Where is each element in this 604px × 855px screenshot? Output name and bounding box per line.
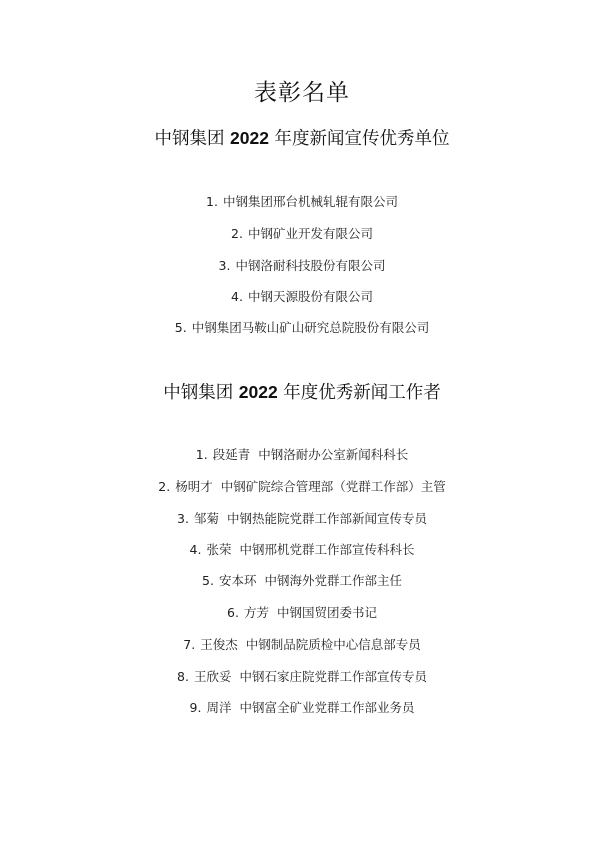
- person-position: 中钢富全矿业党群工作部业务员: [239, 700, 414, 715]
- heading-prefix: 中钢集团: [154, 129, 224, 149]
- person-position: 中钢洛耐办公室新闻科科长: [258, 447, 408, 462]
- heading-suffix: 年度优秀新闻工作者: [283, 383, 441, 403]
- list-item: 4.中钢天源股份有限公司: [0, 287, 604, 305]
- person-name: 王欣妥: [194, 669, 232, 684]
- person-position: 中钢邢机党群工作部宣传科科长: [239, 542, 414, 557]
- person-position: 中钢矿院综合管理部（党群工作部）主管: [221, 479, 446, 494]
- list-item: 2.中钢矿业开发有限公司: [0, 224, 604, 242]
- person-name: 段延青: [213, 447, 251, 462]
- list-item: 5.中钢集团马鞍山矿山研究总院股份有限公司: [0, 318, 604, 336]
- list-item: 5.安本环中钢海外党群工作部主任: [0, 571, 604, 589]
- person-position: 中钢海外党群工作部主任: [264, 573, 402, 588]
- list-item: 1.中钢集团邢台机械轧辊有限公司: [0, 192, 604, 210]
- section-heading-units: 中钢集团 2022 年度新闻宣传优秀单位: [0, 125, 604, 150]
- list-item: 4.张荣中钢邢机党群工作部宣传科科长: [0, 540, 604, 558]
- page-title: 表彰名单: [0, 74, 604, 107]
- person-name: 杨明才: [175, 479, 213, 494]
- person-name: 方芳: [244, 605, 269, 620]
- heading-year: 2022: [239, 382, 278, 402]
- list-item: 8.王欣妥中钢石家庄院党群工作部宣传专员: [0, 667, 604, 685]
- list-item: 6.方芳中钢国贸团委书记: [0, 603, 604, 621]
- list-item: 9.周洋中钢富全矿业党群工作部业务员: [0, 698, 604, 716]
- heading-prefix: 中钢集团: [163, 383, 233, 403]
- person-position: 中钢热能院党群工作部新闻宣传专员: [227, 511, 427, 526]
- list-item: 1.段延青中钢洛耐办公室新闻科科长: [0, 445, 604, 463]
- list-item: 2.杨明才中钢矿院综合管理部（党群工作部）主管: [0, 477, 604, 495]
- document-page: 表彰名单 中钢集团 2022 年度新闻宣传优秀单位 1.中钢集团邢台机械轧辊有限…: [0, 0, 604, 855]
- person-name: 邹菊: [194, 511, 219, 526]
- person-position: 中钢石家庄院党群工作部宣传专员: [239, 669, 427, 684]
- person-position: 中钢制品院质检中心信息部专员: [246, 637, 421, 652]
- list-item: 3.中钢洛耐科技股份有限公司: [0, 256, 604, 274]
- person-name: 王俊杰: [200, 637, 238, 652]
- person-name: 周洋: [206, 700, 231, 715]
- list-item: 7.王俊杰中钢制品院质检中心信息部专员: [0, 635, 604, 653]
- list-item: 3.邹菊中钢热能院党群工作部新闻宣传专员: [0, 509, 604, 527]
- heading-year: 2022: [230, 128, 269, 148]
- person-position: 中钢国贸团委书记: [277, 605, 377, 620]
- section-heading-journalists: 中钢集团 2022 年度优秀新闻工作者: [0, 379, 604, 404]
- heading-suffix: 年度新闻宣传优秀单位: [275, 129, 450, 149]
- person-name: 张荣: [206, 542, 231, 557]
- person-name: 安本环: [219, 573, 257, 588]
